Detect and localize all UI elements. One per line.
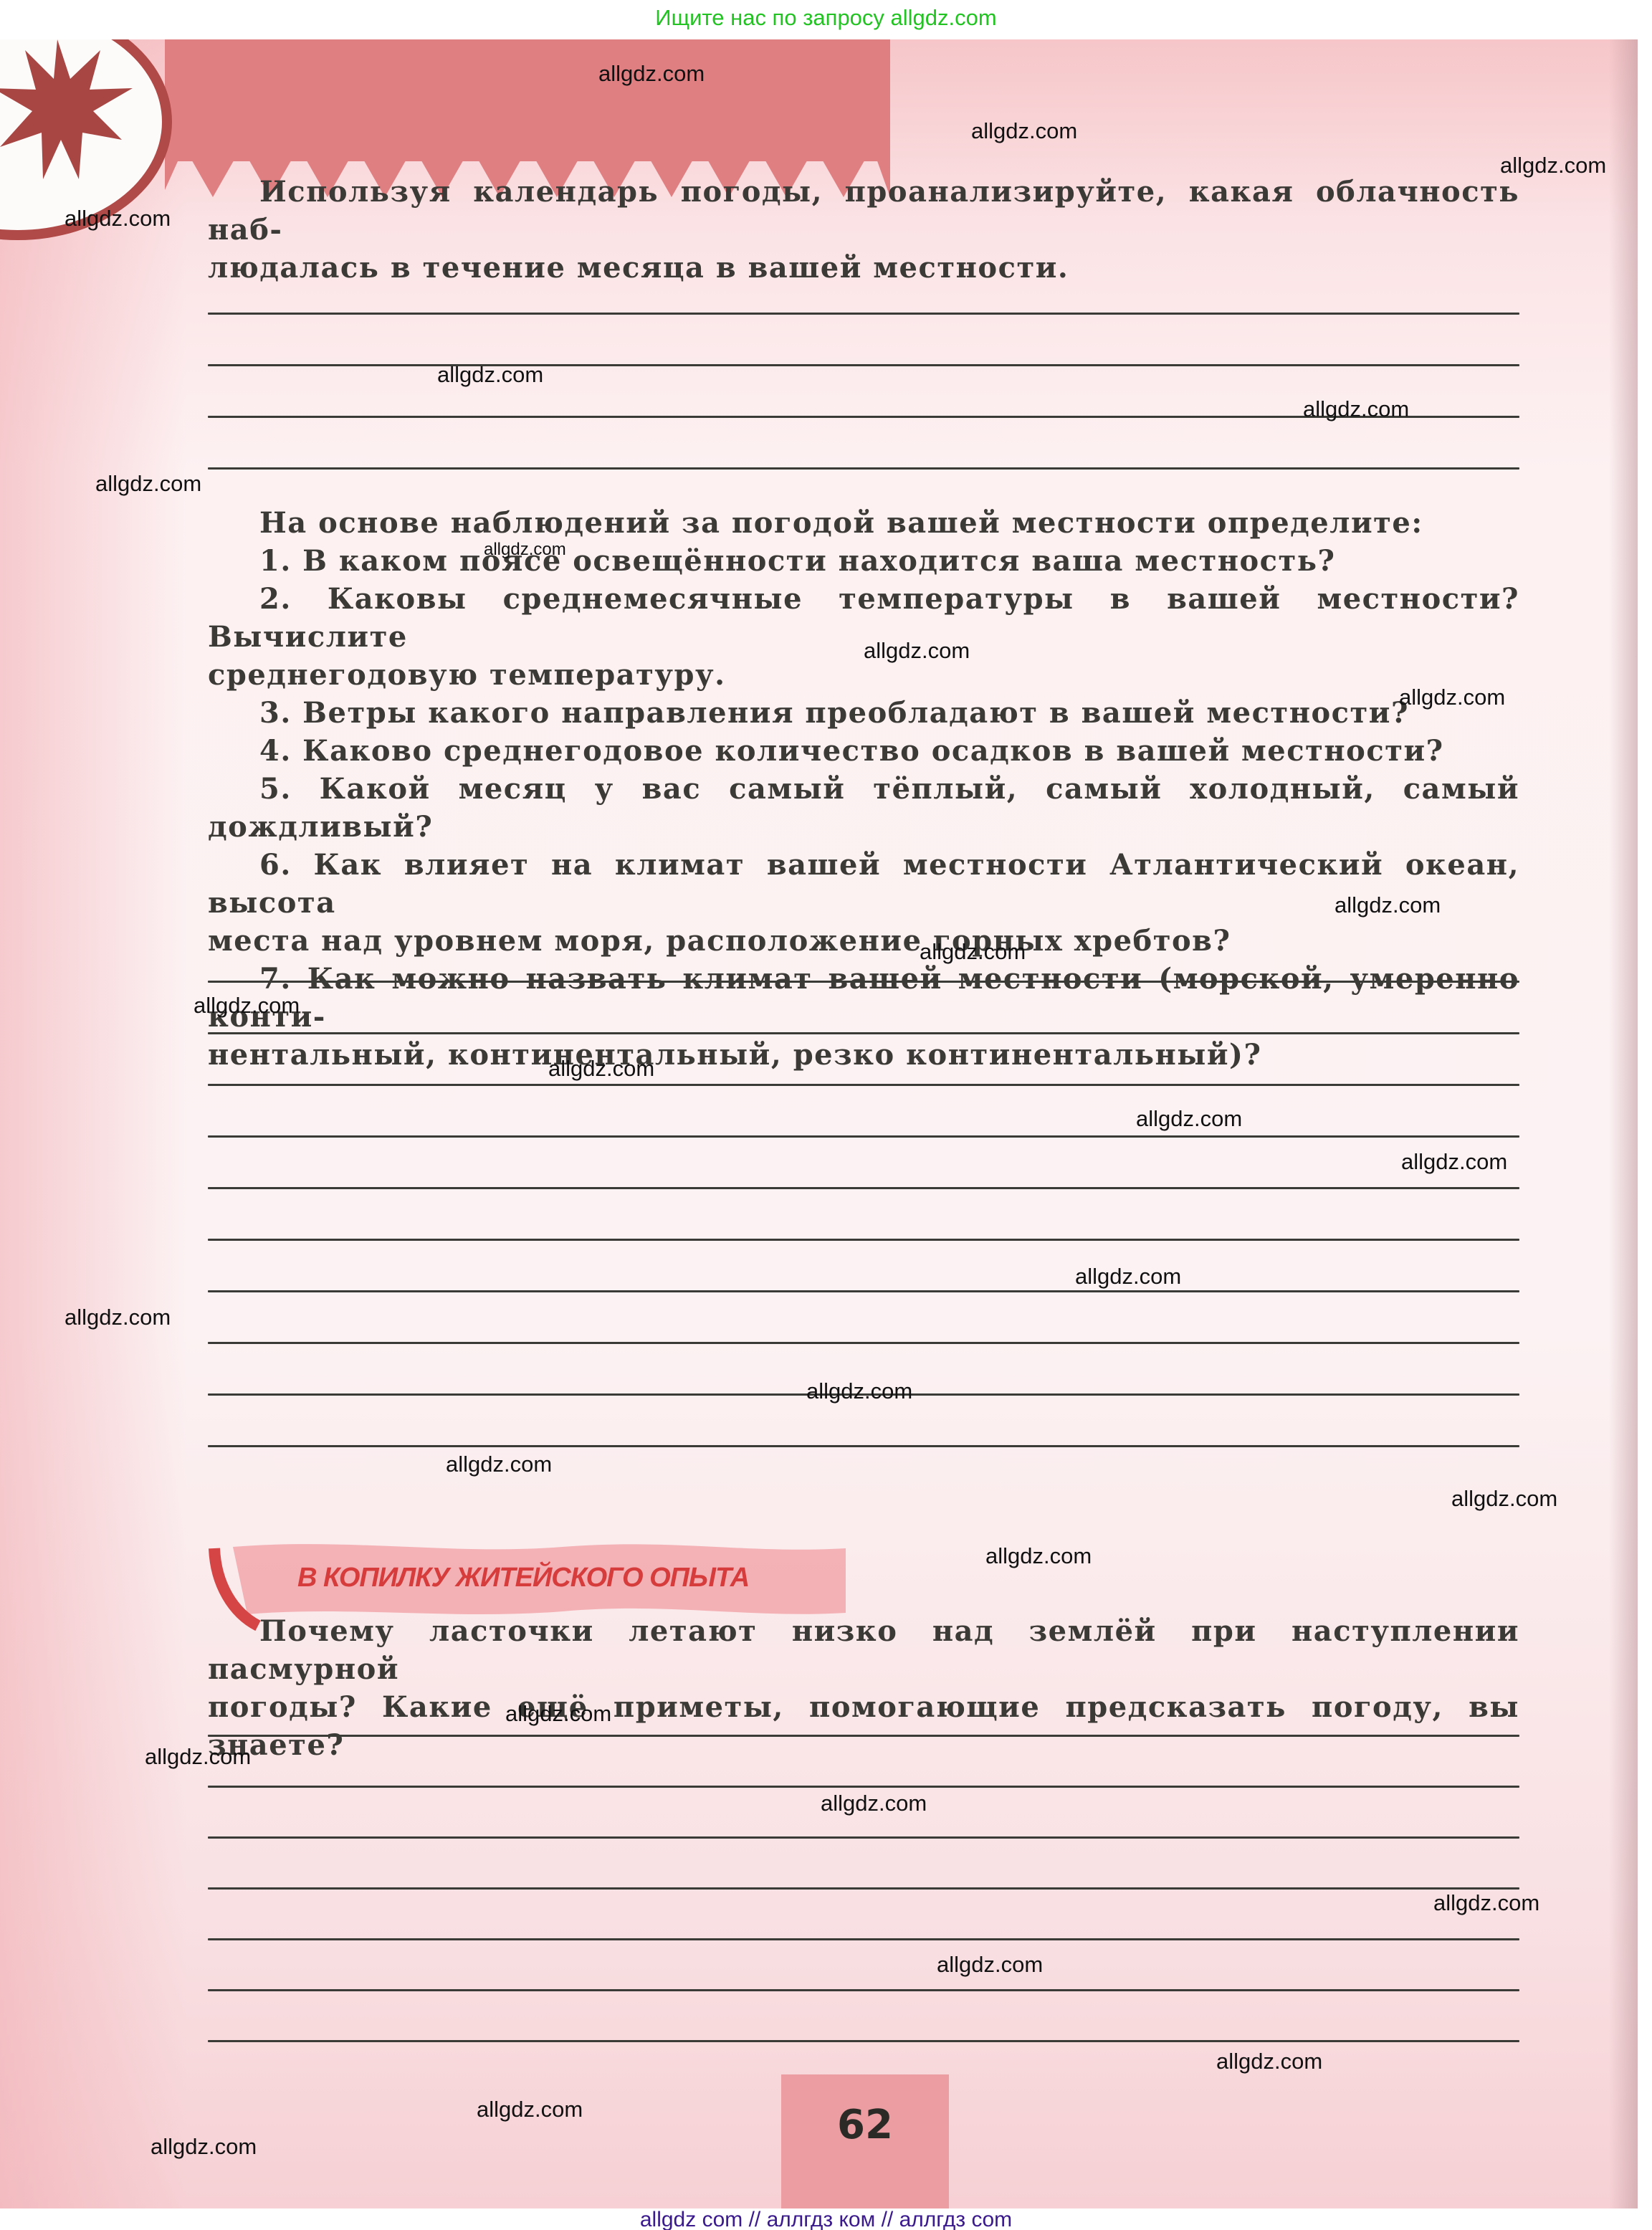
task-23-answer-line[interactable]	[208, 1989, 1519, 1991]
task-22-answer-line[interactable]	[208, 1135, 1519, 1138]
task-22-answer-line[interactable]	[208, 1290, 1519, 1292]
watermark: allgdz.com	[548, 1056, 654, 1082]
watermark: allgdz.com	[437, 362, 543, 388]
watermark: allgdz.com	[1303, 396, 1409, 422]
task-21-line-1: Используя календарь погоды, проанализиру…	[208, 173, 1519, 249]
task-23-line-2: погоды? Какие ещё приметы, помогающие пр…	[208, 1688, 1519, 1764]
watermark: allgdz.com	[971, 118, 1077, 144]
task-21-line-2: людалась в течение месяца в вашей местно…	[208, 249, 1519, 287]
task-22-answer-line[interactable]	[208, 1032, 1519, 1034]
workbook-page: Используя календарь погоды, проанализиру…	[0, 39, 1638, 2208]
watermark: allgdz.com	[1451, 1486, 1557, 1512]
watermark: allgdz.com	[151, 2134, 257, 2160]
task-22-item-7-cont: нентальный, континентальный, резко конти…	[208, 1036, 1519, 1074]
eight-point-star-icon	[0, 39, 136, 190]
top-banner[interactable]: Ищите нас по запросу allgdz.com	[0, 0, 1652, 36]
task-22-item-4: 4. Каково среднегодовое количество осадк…	[208, 732, 1519, 770]
watermark: allgdz.com	[598, 61, 705, 87]
task-22-item-6-cont: места над уровнем моря, расположение гор…	[208, 922, 1519, 960]
task-23-answer-line[interactable]	[208, 2040, 1519, 2042]
watermark: allgdz.com	[1075, 1264, 1181, 1290]
watermark: allgdz.com	[1399, 685, 1505, 710]
watermark: allgdz.com	[1335, 892, 1441, 918]
bottom-banner[interactable]: allgdz com // аллгдз ком // аллгдз com	[0, 2209, 1652, 2230]
task-22-answer-line[interactable]	[208, 1342, 1519, 1344]
page-number: 62	[781, 2102, 949, 2148]
watermark: allgdz.com	[1136, 1106, 1242, 1132]
task-22-answer-line[interactable]	[208, 1239, 1519, 1241]
task-22-item-1: 1. В каком поясе освещённости находится …	[208, 542, 1519, 580]
task-23-answer-line[interactable]	[208, 1836, 1519, 1839]
watermark: allgdz.com	[194, 993, 300, 1019]
task-22-answer-line[interactable]	[208, 1187, 1519, 1189]
watermark: allgdz.com	[806, 1378, 912, 1404]
task-22-item-5: 5. Какой месяц у вас самый тёплый, самый…	[208, 770, 1519, 846]
watermark: allgdz.com	[985, 1543, 1092, 1569]
task-23-answer-line[interactable]	[208, 1735, 1519, 1737]
task-22-answer-line[interactable]	[208, 981, 1519, 983]
task-22-item-3: 3. Ветры какого направления преобладают …	[208, 694, 1519, 732]
task-22-heading: На основе наблюдений за погодой вашей ме…	[208, 504, 1519, 542]
watermark: allgdz.com	[864, 638, 970, 664]
watermark: allgdz.com	[477, 2097, 583, 2122]
watermark: allgdz.com	[484, 540, 566, 560]
watermark: allgdz.com	[1401, 1149, 1507, 1175]
page-number-tab: 62	[781, 2074, 949, 2208]
task-23-answer-line[interactable]	[208, 1887, 1519, 1890]
watermark: allgdz.com	[95, 471, 201, 497]
task-21: Используя календарь погоды, проанализиру…	[208, 173, 1519, 287]
watermark: allgdz.com	[65, 206, 171, 232]
task-22-item-6: 6. Как влияет на климат вашей местности …	[208, 846, 1519, 922]
task-23-answer-line[interactable]	[208, 1938, 1519, 1940]
watermark: allgdz.com	[446, 1452, 552, 1477]
task-22-answer-line[interactable]	[208, 1445, 1519, 1447]
watermark: allgdz.com	[937, 1952, 1043, 1978]
section-ribbon: В КОПИЛКУ ЖИТЕЙСКОГО ОПЫТА	[204, 1534, 849, 1641]
task-22: На основе наблюдений за погодой вашей ме…	[208, 504, 1519, 1074]
watermark: allgdz.com	[145, 1744, 251, 1770]
section-title: В КОПИЛКУ ЖИТЕЙСКОГО ОПЫТА	[297, 1563, 749, 1593]
task-21-answer-line[interactable]	[208, 364, 1519, 366]
watermark: allgdz.com	[1500, 153, 1606, 178]
task-22-answer-line[interactable]	[208, 1084, 1519, 1086]
header-band	[165, 39, 890, 161]
watermark: allgdz.com	[65, 1305, 171, 1330]
watermark: allgdz.com	[505, 1701, 611, 1727]
task-22-item-7: 7. Как можно назвать климат вашей местно…	[208, 960, 1519, 1036]
watermark: allgdz.com	[821, 1791, 927, 1816]
task-23-answer-line[interactable]	[208, 1786, 1519, 1788]
watermark: allgdz.com	[1433, 1890, 1539, 1916]
task-21-answer-line[interactable]	[208, 467, 1519, 470]
watermark: allgdz.com	[920, 939, 1026, 965]
task-21-answer-line[interactable]	[208, 313, 1519, 315]
watermark: allgdz.com	[1216, 2049, 1322, 2074]
